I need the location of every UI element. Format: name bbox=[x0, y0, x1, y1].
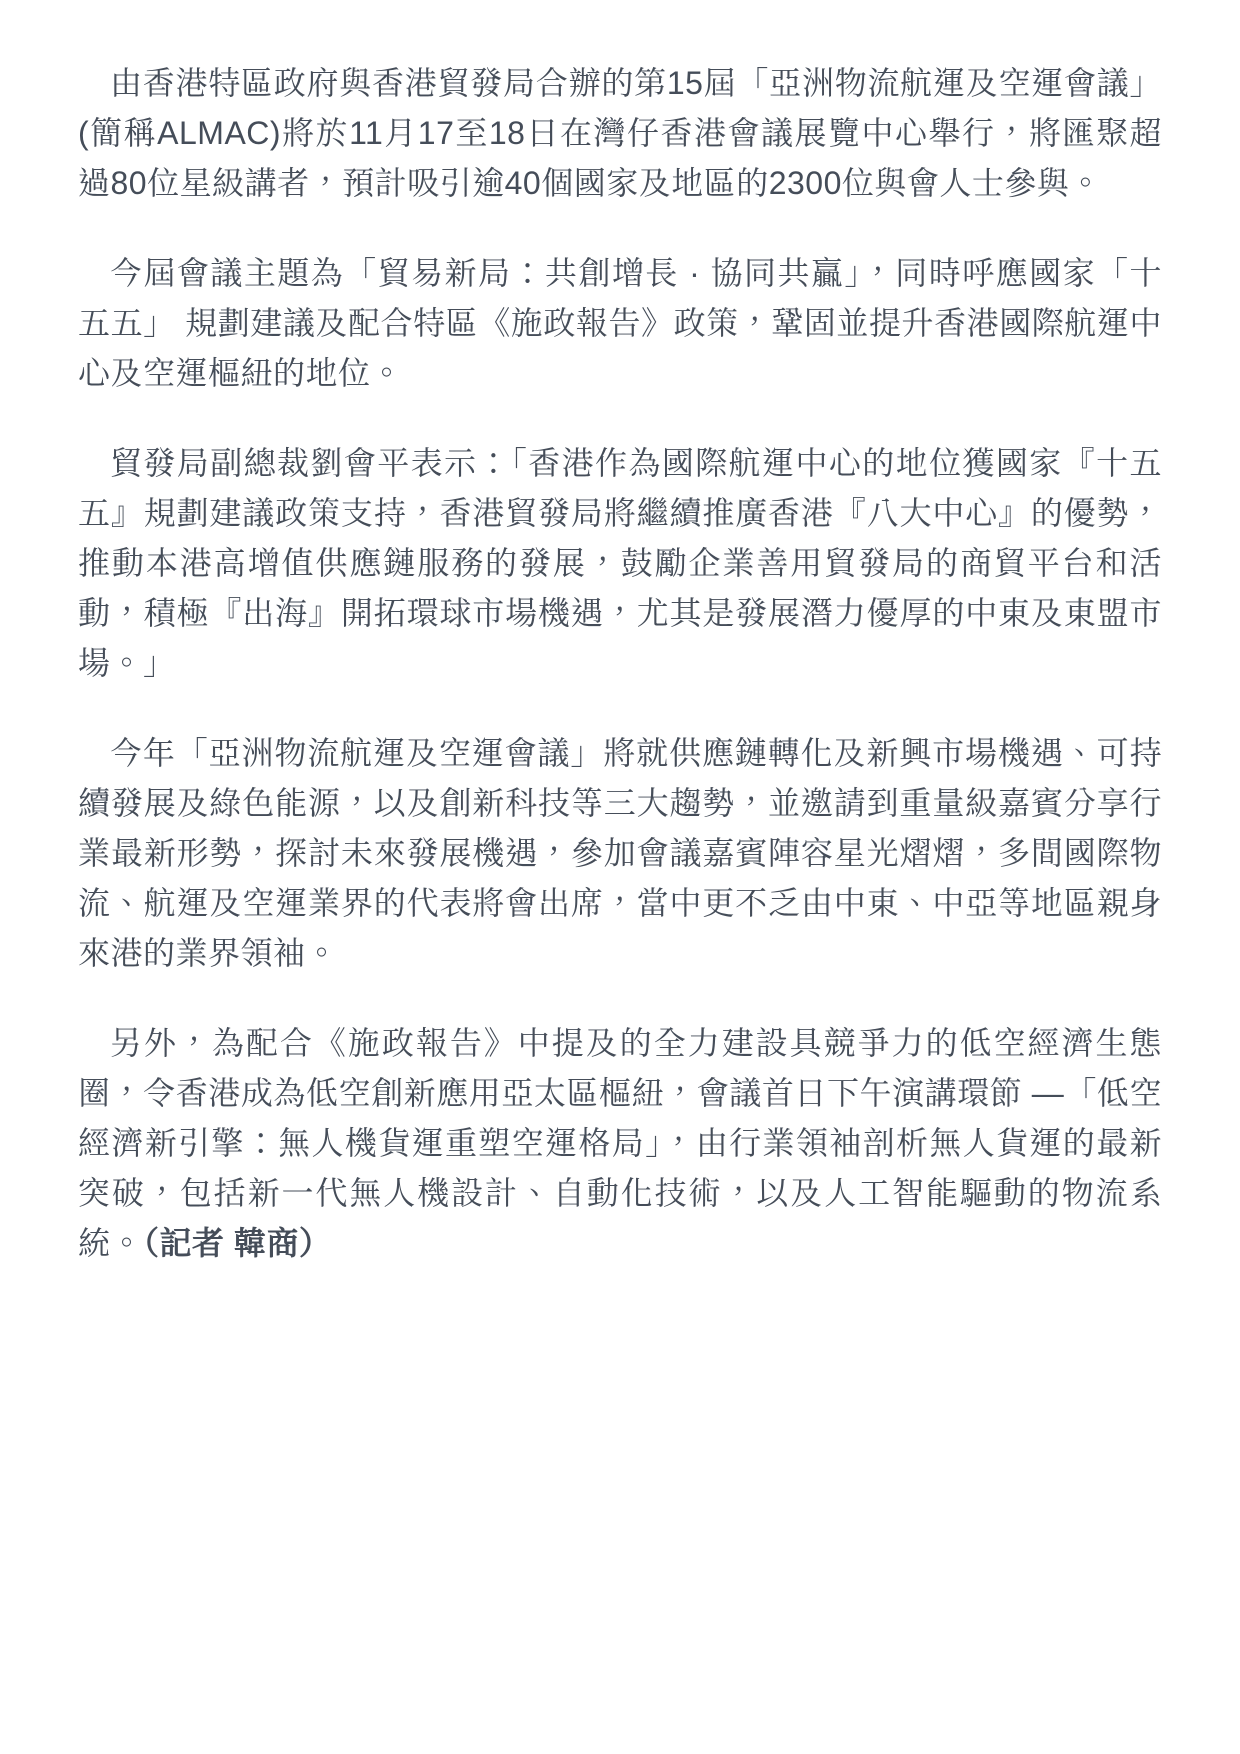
paragraph-4: 今年「亞洲物流航運及空運會議」將就供應鏈轉化及新興市場機遇、可持續發展及綠色能源… bbox=[78, 728, 1162, 978]
paragraph-1: 由香港特區政府與香港貿發局合辦的第15屆「亞洲物流航運及空運會議」(簡稱ALMA… bbox=[78, 58, 1162, 208]
reporter-byline: （記者 韓商） bbox=[143, 1225, 331, 1261]
article-body: 由香港特區政府與香港貿發局合辦的第15屆「亞洲物流航運及空運會議」(簡稱ALMA… bbox=[0, 0, 1240, 1268]
paragraph-5: 另外，為配合《施政報告》中提及的全力建設具競爭力的低空經濟生態圈，令香港成為低空… bbox=[78, 1018, 1162, 1268]
paragraph-2: 今屆會議主題為「貿易新局：共創增長 · 協同共贏」，同時呼應國家「十五五」 規劃… bbox=[78, 248, 1162, 398]
paragraph-3: 貿發局副總裁劉會平表示：「香港作為國際航運中心的地位獲國家『十五五』規劃建議政策… bbox=[78, 438, 1162, 688]
